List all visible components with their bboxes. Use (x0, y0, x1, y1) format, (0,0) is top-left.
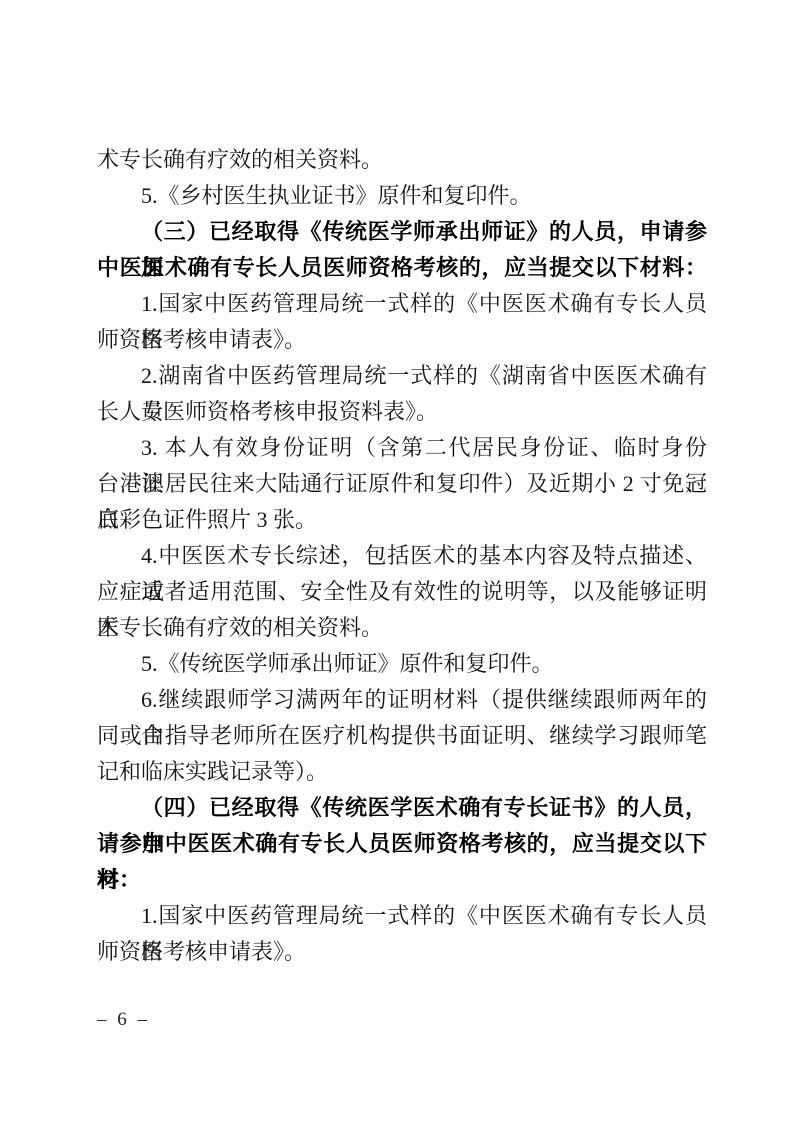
section-heading-line: （三）已经取得《传统医学师承出师证》的人员，申请参加 (97, 214, 707, 250)
text-line: 记和临床实践记录等）。 (97, 754, 707, 790)
text-line: 5.《乡村医生执业证书》原件和复印件。 (97, 178, 707, 214)
text-line: 长人员医师资格考核申报资料表》。 (97, 394, 707, 430)
text-line: 5.《传统医学师承出师证》原件和复印件。 (97, 646, 707, 682)
text-line: 1.国家中医药管理局统一式样的《中医医术确有专长人员医 (97, 898, 707, 934)
text-line: 师资格考核申请表》。 (97, 934, 707, 970)
text-line: 底彩色证件照片 3 张。 (97, 502, 707, 538)
document-page: 术专长确有疗效的相关资料。 5.《乡村医生执业证书》原件和复印件。 （三）已经取… (0, 0, 793, 1122)
text-line: 术专长确有疗效的相关资料。 (97, 142, 707, 178)
text-line: 应症或者适用范围、安全性及有效性的说明等，以及能够证明医 (97, 574, 707, 610)
text-line: 4.中医医术专长综述，包括医术的基本内容及特点描述、适 (97, 538, 707, 574)
text-line: 3. 本人有效身份证明（含第二代居民身份证、临时身份证、 (97, 430, 707, 466)
text-line: 台港澳居民往来大陆通行证原件和复印件）及近期小 2 寸免冠白 (97, 466, 707, 502)
document-body: 术专长确有疗效的相关资料。 5.《乡村医生执业证书》原件和复印件。 （三）已经取… (97, 142, 707, 970)
section-heading-line: 料： (97, 862, 707, 898)
text-line: 2.湖南省中医药管理局统一式样的《湖南省中医医术确有专 (97, 358, 707, 394)
section-heading-line: 请参加中医医术确有专长人员医师资格考核的，应当提交以下材 (97, 826, 707, 862)
section-heading-line: 中医医术确有专长人员医师资格考核的，应当提交以下材料： (97, 250, 707, 286)
section-heading-line: （四）已经取得《传统医学医术确有专长证书》的人员，申 (97, 790, 707, 826)
text-line: 1.国家中医药管理局统一式样的《中医医术确有专长人员医 (97, 286, 707, 322)
text-line: 同或由指导老师所在医疗机构提供书面证明、继续学习跟师笔 (97, 718, 707, 754)
page-number: – 6 – (97, 1002, 150, 1038)
text-line: 6.继续跟师学习满两年的证明材料（提供继续跟师两年的合 (97, 682, 707, 718)
text-line: 术专长确有疗效的相关资料。 (97, 610, 707, 646)
text-line: 师资格考核申请表》。 (97, 322, 707, 358)
